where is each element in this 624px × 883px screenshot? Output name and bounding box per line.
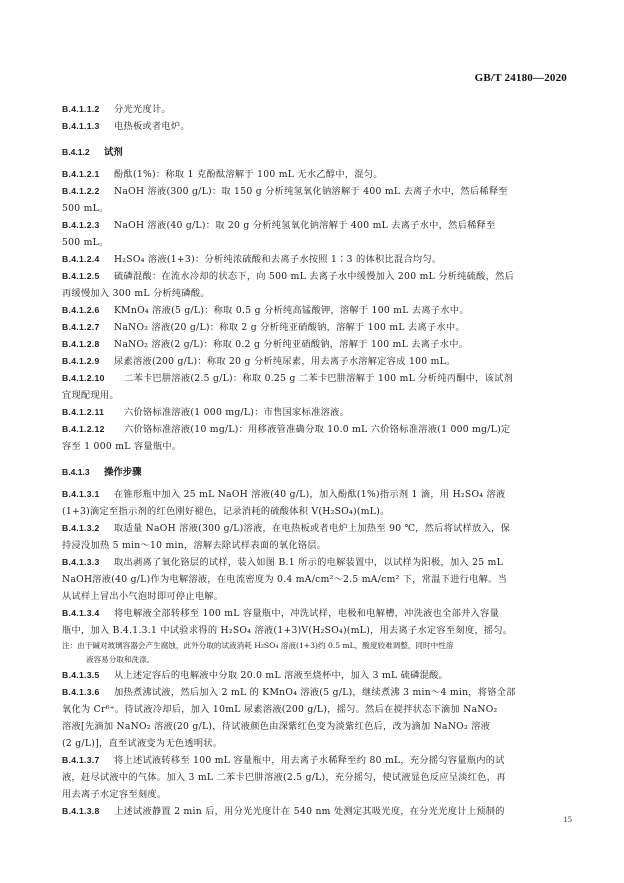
clause-text: NaNO₂ 溶液(2 g/L)：称取 0.2 g 分析纯亚硝酸钠，溶解于 100… xyxy=(114,339,468,350)
clause-item: B.4.1.3.4将电解液全部转移至 100 mL 容量瓶中，冲洗试样，电极和电… xyxy=(62,605,562,622)
clause-text: 从上述定容后的电解液中分取 20.0 mL 溶液至烧杯中，加入 3 mL 硫磷混… xyxy=(114,670,448,681)
clause-continuation: 500 mL。 xyxy=(62,234,562,251)
clause-continuation: 从试样上冒出小气泡时即可停止电解。 xyxy=(62,588,562,605)
clause-number: B.4.1.3.8 xyxy=(62,803,114,820)
clause-text: 用去离子水定容至刻度。 xyxy=(62,789,166,800)
clause-text: (2 g/L)]，直至试液变为无色透明状。 xyxy=(62,738,222,749)
clause-item: B.4.1.2.5硫磷混酸：在流水冷却的状态下，向 500 mL 去离子水中缓慢… xyxy=(62,268,562,285)
clause-text: 在锥形瓶中加入 25 mL NaOH 溶液(40 g/L)，加入酚酞(1%)指示… xyxy=(114,489,506,500)
section-number: B.4.1.3 xyxy=(62,464,104,481)
clause-text: 硫磷混酸：在流水冷却的状态下，向 500 mL 去离子水中缓慢加入 200 mL… xyxy=(114,271,514,282)
clause-text: 氧化为 Cr⁶⁺。待试液冷却后，加入 10mL 尿素溶液(200 g/L)，摇匀… xyxy=(62,704,498,715)
clause-item: B.4.1.2.11六价铬标准溶液(1 000 mg/L)：市售国家标准溶液。 xyxy=(62,404,562,421)
clause-text: NaOH 溶液(300 g/L)：取 150 g 分析纯氢氧化钠溶解于 400 … xyxy=(114,186,508,197)
clause-number: B.4.1.2.4 xyxy=(62,251,114,268)
clause-number: B.4.1.2.6 xyxy=(62,302,114,319)
clause-text: 上述试液静置 2 min 后，用分光光度计在 540 nm 处测定其吸光度，在分… xyxy=(114,806,505,817)
section-number: B.4.1.2 xyxy=(62,144,104,161)
clause-text: NaOH溶液(40 g/L)作为电解溶液，在电流密度为 0.4 mA/cm²～2… xyxy=(62,574,507,585)
clause-number: B.4.1.3.4 xyxy=(62,605,114,622)
clause-text: 加热煮沸试液，然后加入 2 mL 的 KMnO₄ 溶液(5 g/L)，继续煮沸 … xyxy=(114,687,516,698)
clause-text: 六价铬标准溶液(10 mg/L)：用移液管准确分取 10.0 mL 六价铬标准溶… xyxy=(124,424,510,435)
clause-item: B.4.1.2.1酚酞(1%)：称取 1 克酚酞溶解于 100 mL 无水乙醇中… xyxy=(62,166,562,183)
clause-text: NaNO₂ 溶液(20 g/L)：称取 2 g 分析纯亚硝酸钠，溶解于 100 … xyxy=(114,322,465,333)
clause-number: B.4.1.1.3 xyxy=(62,118,114,135)
clause-continuation: 容至 1 000 mL 容量瓶中。 xyxy=(62,438,562,455)
clause-continuation: 瓶中，加入 B.4.1.3.1 中试验求得的 H₂SO₄ 溶液(1+3)V(H₂… xyxy=(62,622,562,639)
clause-number: B.4.1.3.5 xyxy=(62,667,114,684)
clause-number: B.4.1.2.5 xyxy=(62,268,114,285)
clause-text: 从试样上冒出小气泡时即可停止电解。 xyxy=(62,591,223,602)
section-title: 操作步骤 xyxy=(104,467,142,478)
note-line: 液容易分取和洗涤。 xyxy=(62,653,562,667)
clause-item: B.4.1.2.6KMnO₄ 溶液(5 g/L)：称取 0.5 g 分析纯高锰酸… xyxy=(62,302,562,319)
clause-number: B.4.1.2.7 xyxy=(62,319,114,336)
clause-continuation: (2 g/L)]，直至试液变为无色透明状。 xyxy=(62,735,562,752)
clause-number: B.4.1.3.3 xyxy=(62,554,114,571)
clause-item: B.4.1.3.5从上述定容后的电解液中分取 20.0 mL 溶液至烧杯中，加入… xyxy=(62,667,562,684)
clause-item: B.4.1.2.9尿素溶液(200 g/L)：称取 20 g 分析纯尿素，用去离… xyxy=(62,353,562,370)
clause-number: B.4.1.2.12 xyxy=(62,421,124,438)
clause-continuation: NaOH溶液(40 g/L)作为电解溶液，在电流密度为 0.4 mA/cm²～2… xyxy=(62,571,562,588)
section-heading-reagents: B.4.1.2试剂 xyxy=(62,144,562,161)
clause-continuation: 500 mL。 xyxy=(62,200,562,217)
clause-item: B.4.1.2.2NaOH 溶液(300 g/L)：取 150 g 分析纯氢氧化… xyxy=(62,183,562,200)
clause-continuation: 宜现配现用。 xyxy=(62,387,562,404)
clause-text: 容至 1 000 mL 容量瓶中。 xyxy=(62,441,181,452)
clause-number: B.4.1.1.2 xyxy=(62,101,114,118)
clause-continuation: (1+3)滴定至指示剂的红色刚好褪色，记录消耗的硫酸体积 V(H₂SO₄)(mL… xyxy=(62,503,562,520)
clause-text: 取适量 NaOH 溶液(300 g/L)溶液，在电热板或者电炉上加热至 90 ℃… xyxy=(114,523,510,534)
clause-item: B.4.1.2.7NaNO₂ 溶液(20 g/L)：称取 2 g 分析纯亚硝酸钠… xyxy=(62,319,562,336)
clause-item: B.4.1.2.3NaOH 溶液(40 g/L)：取 20 g 分析纯氢氧化钠溶… xyxy=(62,217,562,234)
clause-number: B.4.1.2.3 xyxy=(62,217,114,234)
clause-item: B.4.1.3.1在锥形瓶中加入 25 mL NaOH 溶液(40 g/L)，加… xyxy=(62,486,562,503)
clause-continuation: 再缓慢加入 300 mL 分析纯磷酸。 xyxy=(62,285,562,302)
clause-text: 500 mL。 xyxy=(62,203,109,214)
clause-text: 500 mL。 xyxy=(62,237,109,248)
clause-number: B.4.1.3.2 xyxy=(62,520,114,537)
clause-item: B.4.1.3.8上述试液静置 2 min 后，用分光光度计在 540 nm 处… xyxy=(62,803,562,820)
clause-B-4-1-1-3: B.4.1.1.3电热板或者电炉。 xyxy=(62,118,562,135)
clause-number: B.4.1.2.10 xyxy=(62,370,124,387)
clause-number: B.4.1.2.8 xyxy=(62,336,114,353)
note-block: 注：由于碱对玻璃容器会产生腐蚀，此外分取的试液消耗 H₂SO₄ 溶液(1+3)约… xyxy=(62,639,562,667)
section-heading-procedure: B.4.1.3操作步骤 xyxy=(62,464,562,481)
clause-text: 瓶中，加入 B.4.1.3.1 中试验求得的 H₂SO₄ 溶液(1+3)V(H₂… xyxy=(62,625,512,636)
clause-text: 将电解液全部转移至 100 mL 容量瓶中，冲洗试样，电极和电解槽，冲洗液也全部… xyxy=(114,608,499,619)
clause-B-4-1-1-2: B.4.1.1.2分光光度计。 xyxy=(62,101,562,118)
clause-continuation: 持浸没加热 5 min～10 min，溶解去除试样表面的氧化铬层。 xyxy=(62,537,562,554)
clause-item: B.4.1.3.7将上述试液转移至 100 mL 容量瓶中，用去离子水稀释至约 … xyxy=(62,752,562,769)
clause-text: 将上述试液转移至 100 mL 容量瓶中，用去离子水稀释至约 80 mL，充分摇… xyxy=(114,755,505,766)
clause-text: 二苯卡巴肼溶液(2.5 g/L)：称取 0.25 g 二苯卡巴肼溶解于 100 … xyxy=(124,373,513,384)
clause-number: B.4.1.2.2 xyxy=(62,183,114,200)
clause-text: 持浸没加热 5 min～10 min，溶解去除试样表面的氧化铬层。 xyxy=(62,540,326,551)
clause-number: B.4.1.2.1 xyxy=(62,166,114,183)
clause-number: B.4.1.3.6 xyxy=(62,684,114,701)
clause-number: B.4.1.3.7 xyxy=(62,752,114,769)
clause-number: B.4.1.2.9 xyxy=(62,353,114,370)
document-body: B.4.1.1.2分光光度计。 B.4.1.1.3电热板或者电炉。 B.4.1.… xyxy=(62,101,562,820)
clause-continuation: 液，赶尽试液中的气体。加入 3 mL 二苯卡巴肼溶液(2.5 g/L)，充分摇匀… xyxy=(62,769,562,786)
clause-text: H₂SO₄ 溶液(1+3)：分析纯浓硫酸和去离子水按照 1∶3 的体积比混合均匀… xyxy=(114,254,441,265)
clause-text: 酚酞(1%)：称取 1 克酚酞溶解于 100 mL 无水乙醇中，混匀。 xyxy=(114,169,383,180)
clause-item: B.4.1.2.4H₂SO₄ 溶液(1+3)：分析纯浓硫酸和去离子水按照 1∶3… xyxy=(62,251,562,268)
section-title: 试剂 xyxy=(104,147,123,158)
clause-number: B.4.1.2.11 xyxy=(62,404,124,421)
clause-text: 六价铬标准溶液(1 000 mg/L)：市售国家标准溶液。 xyxy=(124,407,349,418)
clause-text: 再缓慢加入 300 mL 分析纯磷酸。 xyxy=(62,288,210,299)
clause-text: 尿素溶液(200 g/L)：称取 20 g 分析纯尿素，用去离子水溶解定容成 1… xyxy=(114,356,456,367)
clause-continuation: 用去离子水定容至刻度。 xyxy=(62,786,562,803)
procedure-list: B.4.1.3.1在锥形瓶中加入 25 mL NaOH 溶液(40 g/L)，加… xyxy=(62,486,562,639)
procedure-list-continued: B.4.1.3.5从上述定容后的电解液中分取 20.0 mL 溶液至烧杯中，加入… xyxy=(62,667,562,820)
clause-text: 宜现配现用。 xyxy=(62,390,119,401)
note-line: 注：由于碱对玻璃容器会产生腐蚀，此外分取的试液消耗 H₂SO₄ 溶液(1+3)约… xyxy=(62,639,562,653)
page-number: 15 xyxy=(564,814,573,824)
document-page: GB/T 24180—2020 B.4.1.1.2分光光度计。 B.4.1.1.… xyxy=(0,0,624,883)
clause-item: B.4.1.2.10二苯卡巴肼溶液(2.5 g/L)：称取 0.25 g 二苯卡… xyxy=(62,370,562,387)
standard-code-header: GB/T 24180—2020 xyxy=(475,72,567,84)
clause-text: 液，赶尽试液中的气体。加入 3 mL 二苯卡巴肼溶液(2.5 g/L)，充分摇匀… xyxy=(62,772,506,783)
clause-text: 溶液[先滴加 NaNO₂ 溶液(20 g/L)，待试液颜色由深紫红色变为淡紫红色… xyxy=(62,721,490,732)
clause-text: NaOH 溶液(40 g/L)：取 20 g 分析纯氢氧化钠溶解于 400 mL… xyxy=(114,220,496,231)
clause-continuation: 氧化为 Cr⁶⁺。待试液冷却后，加入 10mL 尿素溶液(200 g/L)，摇匀… xyxy=(62,701,562,718)
clause-item: B.4.1.3.3取出剥离了氧化铬层的试样，装入如图 B.1 所示的电解装置中，… xyxy=(62,554,562,571)
clause-text: KMnO₄ 溶液(5 g/L)：称取 0.5 g 分析纯高锰酸钾，溶解于 100… xyxy=(114,305,469,316)
clause-text: 电热板或者电炉。 xyxy=(114,121,190,132)
reagents-list: B.4.1.2.1酚酞(1%)：称取 1 克酚酞溶解于 100 mL 无水乙醇中… xyxy=(62,166,562,455)
clause-continuation: 溶液[先滴加 NaNO₂ 溶液(20 g/L)，待试液颜色由深紫红色变为淡紫红色… xyxy=(62,718,562,735)
clause-item: B.4.1.3.2取适量 NaOH 溶液(300 g/L)溶液，在电热板或者电炉… xyxy=(62,520,562,537)
clause-text: (1+3)滴定至指示剂的红色刚好褪色，记录消耗的硫酸体积 V(H₂SO₄)(mL… xyxy=(62,506,390,517)
clause-number: B.4.1.3.1 xyxy=(62,486,114,503)
clause-item: B.4.1.2.12六价铬标准溶液(10 mg/L)：用移液管准确分取 10.0… xyxy=(62,421,562,438)
clause-item: B.4.1.3.6加热煮沸试液，然后加入 2 mL 的 KMnO₄ 溶液(5 g… xyxy=(62,684,562,701)
clause-item: B.4.1.2.8NaNO₂ 溶液(2 g/L)：称取 0.2 g 分析纯亚硝酸… xyxy=(62,336,562,353)
clause-text: 分光光度计。 xyxy=(114,104,171,115)
clause-text: 取出剥离了氧化铬层的试样，装入如图 B.1 所示的电解装置中，以试样为阳极，加入… xyxy=(114,557,503,568)
